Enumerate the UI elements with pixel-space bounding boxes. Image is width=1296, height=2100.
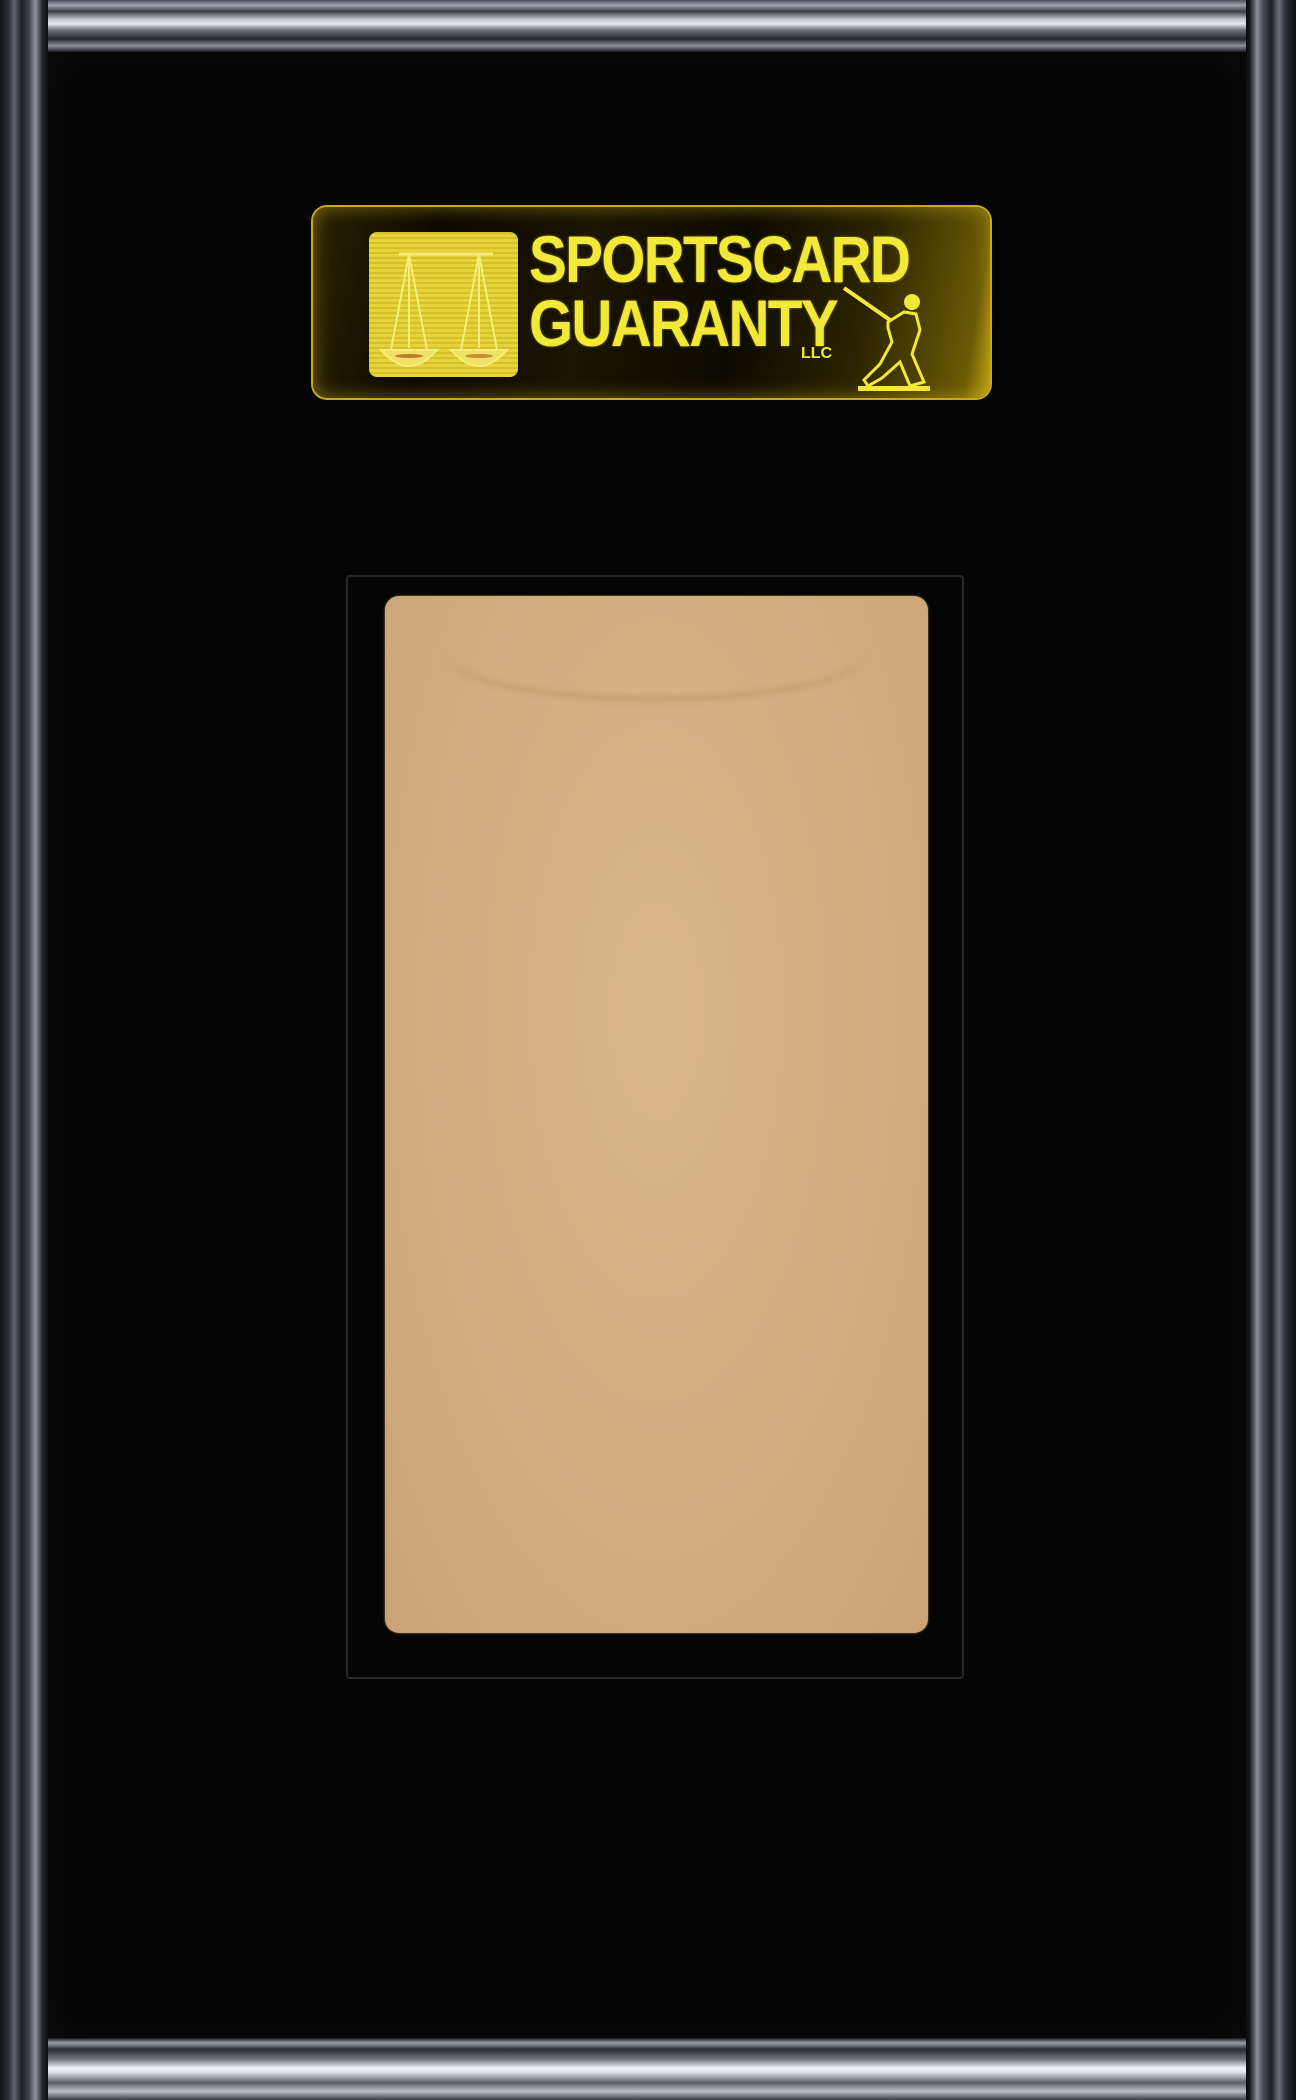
brand-name: SPORTSCARD GUARANTY	[529, 227, 839, 355]
batter-icon	[838, 282, 938, 394]
slab-bottom-edge	[0, 2038, 1296, 2100]
brand-line-2: GUARANTY	[529, 291, 839, 355]
slab-right-edge	[1246, 0, 1296, 2100]
sgc-hologram-label: SPORTSCARD GUARANTY LLC	[313, 207, 990, 398]
trading-card-back	[385, 596, 928, 1633]
brand-suffix: LLC	[801, 345, 832, 363]
scales-icon	[369, 232, 518, 377]
slab-left-edge	[0, 0, 48, 2100]
graded-card-slab: SPORTSCARD GUARANTY LLC	[0, 0, 1296, 2100]
water-stain	[445, 606, 865, 702]
slab-top-edge	[0, 0, 1296, 52]
